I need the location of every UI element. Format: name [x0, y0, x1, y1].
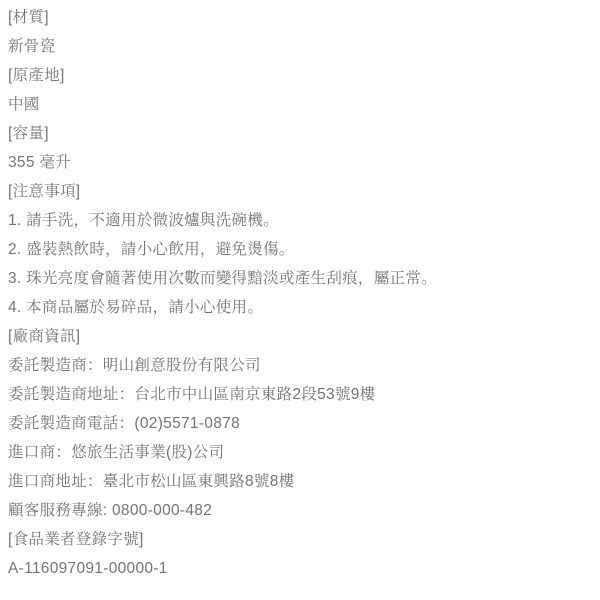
section-header-manufacturer-info: [廠商資訊]	[8, 322, 590, 351]
contract-manufacturer: 委託製造商：明山創意股份有限公司	[8, 351, 590, 380]
contract-manufacturer-phone: 委託製造商電話：(02)5571-0878	[8, 409, 590, 438]
food-business-registration-number: A-116097091-00000-1	[8, 554, 590, 583]
section-origin: [原產地] 中國	[8, 61, 590, 119]
section-precautions: [注意事項] 1. 請手洗，不適用於微波爐與洗碗機。 2. 盛裝熱飲時，請小心飲…	[8, 177, 590, 322]
material-value: 新骨瓷	[8, 32, 590, 61]
precaution-item-3: 3. 珠光亮度會隨著使用次數而變得黯淡或產生刮痕，屬正常。	[8, 264, 590, 293]
section-manufacturer-info: [廠商資訊] 委託製造商：明山創意股份有限公司 委託製造商地址：台北市中山區南京…	[8, 322, 590, 525]
precaution-item-4: 4. 本商品屬於易碎品，請小心使用。	[8, 293, 590, 322]
section-header-origin: [原產地]	[8, 61, 590, 90]
precaution-item-1: 1. 請手洗，不適用於微波爐與洗碗機。	[8, 206, 590, 235]
importer-address: 進口商地址：臺北市松山區東興路8號8樓	[8, 467, 590, 496]
section-header-food-business-registration: [食品業者登錄字號]	[8, 525, 590, 554]
section-header-precautions: [注意事項]	[8, 177, 590, 206]
capacity-value: 355 毫升	[8, 148, 590, 177]
section-material: [材質] 新骨瓷	[8, 3, 590, 61]
origin-value: 中國	[8, 90, 590, 119]
importer: 進口商：悠旅生活事業(股)公司	[8, 438, 590, 467]
product-description-page: [材質] 新骨瓷 [原產地] 中國 [容量] 355 毫升 [注意事項] 1. …	[0, 0, 600, 600]
precaution-item-2: 2. 盛裝熱飲時，請小心飲用，避免燙傷。	[8, 235, 590, 264]
contract-manufacturer-address: 委託製造商地址：台北市中山區南京東路2段53號9樓	[8, 380, 590, 409]
section-header-capacity: [容量]	[8, 119, 590, 148]
section-food-business-registration: [食品業者登錄字號] A-116097091-00000-1	[8, 525, 590, 583]
product-info-text-block: [材質] 新骨瓷 [原產地] 中國 [容量] 355 毫升 [注意事項] 1. …	[0, 0, 600, 583]
customer-service-hotline: 顧客服務專線: 0800-000-482	[8, 496, 590, 525]
section-header-material: [材質]	[8, 3, 590, 32]
section-capacity: [容量] 355 毫升	[8, 119, 590, 177]
